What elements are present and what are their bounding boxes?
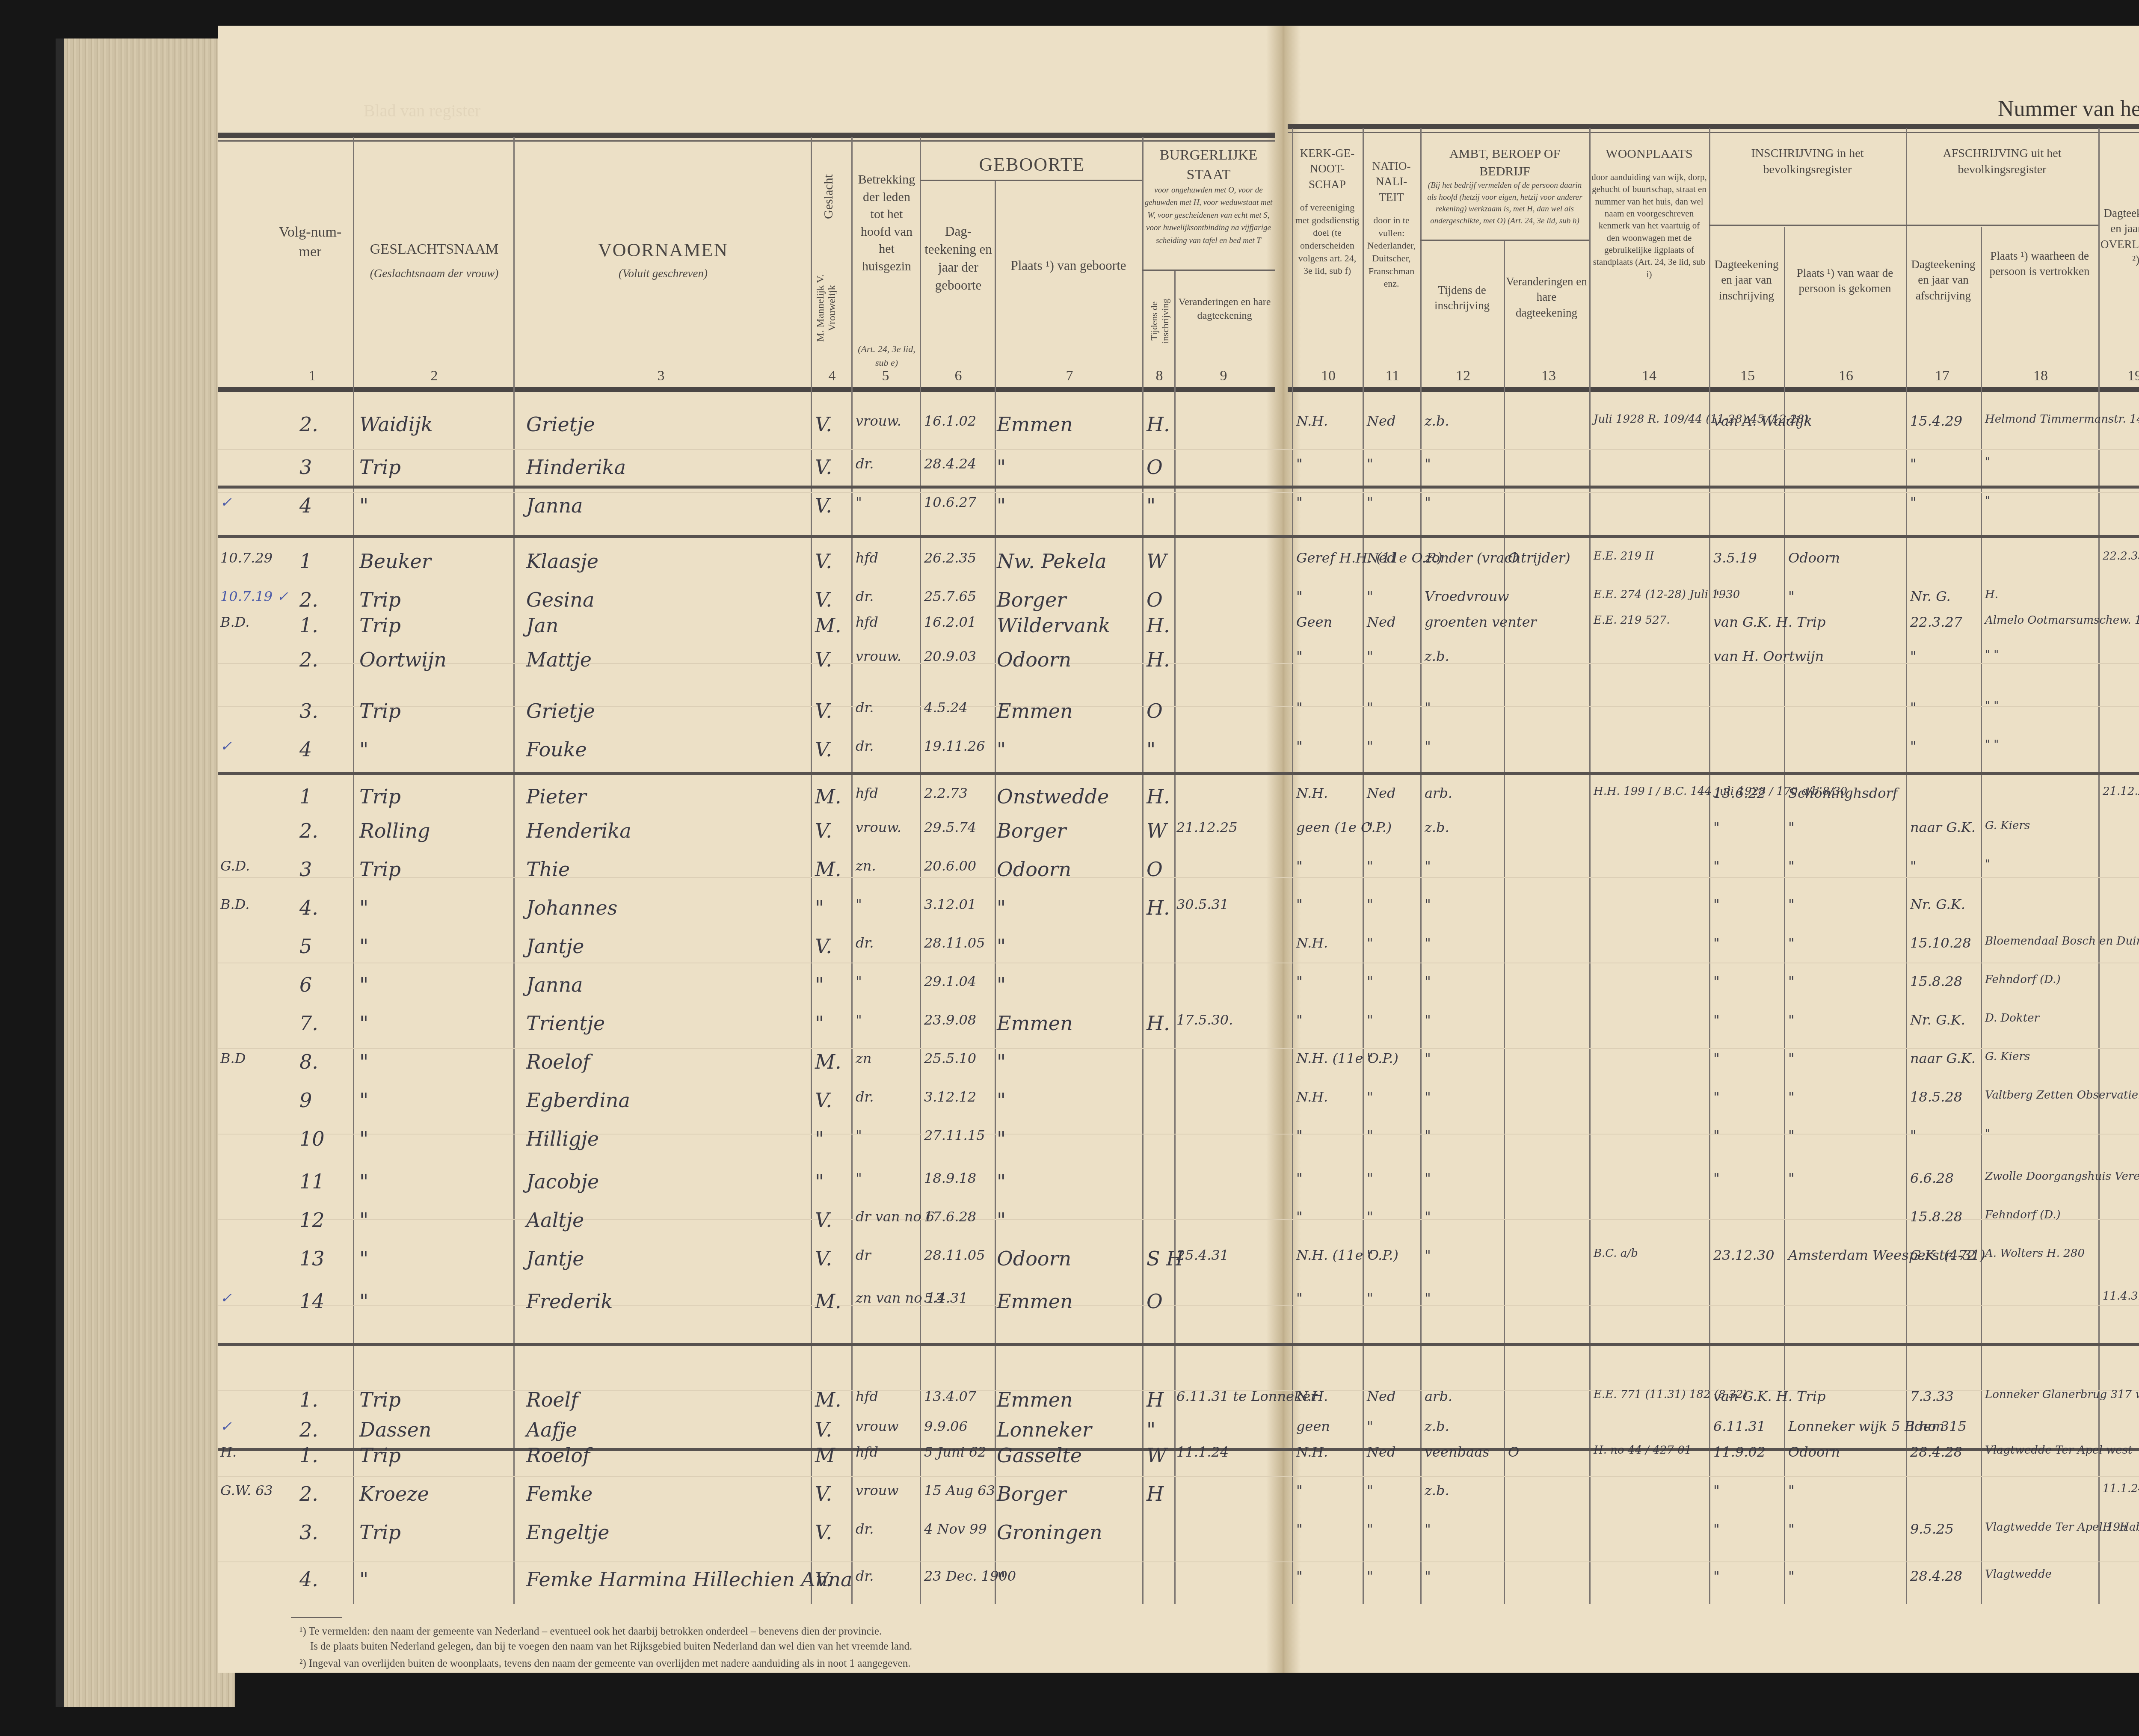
cell-staat: H. — [1147, 413, 1170, 436]
header-bottom-rule-right — [1288, 387, 2139, 392]
cell-sex: V. — [815, 738, 832, 761]
cell-beroep: " — [1425, 1170, 1431, 1186]
cell-staat-change: 21.12.25 — [1176, 819, 1238, 835]
cell-place: " — [997, 1127, 1006, 1150]
ruling — [218, 963, 2139, 963]
cell-kerk: " — [1296, 1127, 1303, 1144]
col-divider — [1589, 128, 1591, 1604]
cell-in-from: " — [1788, 819, 1795, 835]
cell-place: Borger — [997, 1482, 1066, 1505]
cell-sex: V. — [815, 648, 832, 671]
cell-kerk: " — [1296, 858, 1303, 874]
cell-margin: B.D. — [220, 614, 249, 630]
cell-nat: " — [1367, 858, 1373, 874]
cell-af-date: " — [1910, 699, 1917, 716]
cell-af-date: 28.4.28 — [1910, 1444, 1962, 1460]
cell-surname: " — [359, 1050, 368, 1073]
cell-born: 28.11.05 — [924, 935, 985, 951]
header-inschrijving-plaats: Plaats ¹) van waar de persoon is gekomen — [1786, 265, 1904, 296]
cell-given: Roelf — [526, 1388, 578, 1411]
cell-rel: zn — [856, 1050, 871, 1066]
cell-beroep: veenbaas — [1425, 1444, 1490, 1460]
top-rule-right — [1288, 124, 2139, 129]
cell-rel: dr. — [856, 456, 874, 472]
cell-place: " — [997, 896, 1006, 919]
cell-in-from: " — [1788, 1050, 1795, 1066]
header-woonplaats-sub: door aanduiding van wijk, dorp, gehucht … — [1591, 171, 1707, 280]
cell-surname: Trip — [359, 588, 401, 611]
cell-place: " — [997, 973, 1006, 996]
cell-af-date: " — [1910, 494, 1917, 510]
cell-af-to: Helmond Timmermanstr. 14 — [1985, 413, 2139, 426]
cell-nat: " — [1367, 1050, 1373, 1066]
cell-kerk: " — [1296, 1521, 1303, 1537]
cell-staat: " — [1147, 1418, 1155, 1441]
cell-in-from: " — [1788, 1568, 1795, 1584]
cell-staat: O — [1147, 588, 1163, 611]
header-volgnummer: Volg-num-mer — [274, 222, 347, 262]
cell-af-date: " — [1910, 738, 1917, 754]
cell-place: Odoorn — [997, 858, 1071, 881]
cell-kerk: N.H. — [1296, 1388, 1328, 1404]
header-geslachtsnaam: GESLACHTSNAAM — [357, 240, 511, 259]
col-divider — [353, 137, 354, 1604]
cell-kerk: " — [1296, 1209, 1303, 1225]
cell-staat-change: 30.5.31 — [1176, 896, 1229, 912]
cell-af-to: G. Kiers — [1985, 1050, 2030, 1063]
cell-given: Hinderika — [526, 456, 626, 479]
cell-af-date: 15.8.28 — [1910, 1209, 1962, 1225]
cell-nr: 2. — [299, 819, 318, 842]
header-staat-veranderingen: Veranderingen en hare dagteekening — [1176, 295, 1273, 323]
cell-staat: W — [1147, 1444, 1167, 1467]
cell-nat: Ned — [1367, 614, 1395, 630]
cell-af-to: Fehndorf (D.) — [1985, 1209, 2061, 1221]
header-betrekking: Betrekking der leden tot het hoofd van h… — [856, 171, 918, 275]
cell-af-to: Bloemendaal Bosch en Duinlaan 19 — [1985, 935, 2139, 948]
cell-given: Hilligje — [526, 1127, 599, 1150]
cell-beroep: z.b. — [1425, 413, 1449, 429]
cell-nr: 9 — [299, 1089, 312, 1112]
cell-sex: V. — [815, 1247, 832, 1270]
cell-margin: B.D. — [220, 896, 249, 912]
cell-staat: W — [1147, 819, 1167, 842]
cell-born: 19.11.26 — [924, 738, 985, 754]
ruling — [218, 877, 2139, 878]
cell-given: Jantje — [526, 1247, 584, 1270]
cell-given: Mattje — [526, 648, 592, 671]
geboorte-subrule — [920, 180, 1142, 181]
cell-staat: O — [1147, 456, 1163, 479]
cell-staat: O — [1147, 1290, 1163, 1313]
cell-rel: hfd — [856, 1444, 878, 1460]
cell-nr: 2. — [299, 588, 318, 611]
cell-kerk: " — [1296, 648, 1303, 664]
cell-rel: zn. — [856, 858, 876, 874]
cell-surname: Trip — [359, 785, 401, 808]
column-number: 3 — [648, 368, 674, 384]
cell-born: 4 Nov 99 — [924, 1521, 987, 1537]
cell-sex: M. — [815, 1050, 841, 1073]
column-number: 15 — [1735, 368, 1760, 384]
cell-rel: hfd — [856, 614, 878, 630]
cell-place: " — [997, 1050, 1006, 1073]
cell-nat: " — [1367, 1521, 1373, 1537]
cell-margin: G.W. 63 — [220, 1482, 273, 1499]
cell-nr: 3. — [299, 699, 318, 723]
cell-rel: dr. — [856, 1089, 874, 1105]
ruling — [218, 1048, 2139, 1049]
cell-sex: V. — [815, 1089, 832, 1112]
cell-margin: ✓ — [220, 1290, 232, 1306]
col-divider — [1709, 128, 1710, 1604]
cell-af-date: 15.10.28 — [1910, 935, 1971, 951]
cell-place: Nw. Pekela — [997, 550, 1107, 573]
cell-kerk: N.H. — [1296, 1089, 1328, 1105]
cell-beroep: " — [1425, 973, 1431, 989]
cell-sex: V. — [815, 699, 832, 723]
cell-rel: hfd — [856, 550, 878, 566]
cell-nat: " — [1367, 1568, 1373, 1584]
cell-sex: " — [815, 896, 824, 919]
cell-nr: 2. — [299, 648, 318, 671]
cell-place: " — [997, 456, 1006, 479]
cell-in-date: " — [1713, 935, 1720, 951]
cell-in-date: van H. Oortwijn — [1713, 648, 1824, 664]
cell-af-date: naar G.K. — [1910, 1050, 1976, 1066]
cell-staat: " — [1147, 494, 1155, 517]
household-separator — [218, 1343, 2139, 1346]
cell-af-date: " — [1910, 456, 1917, 472]
cell-in-date: " — [1713, 588, 1720, 604]
cell-margin: 10.7.19 ✓ — [220, 588, 288, 604]
cell-af-to: D. Dokter — [1985, 1012, 2039, 1025]
column-number: 10 — [1315, 368, 1341, 384]
cell-given: Egberdina — [526, 1089, 630, 1112]
left-page-stack — [56, 39, 235, 1707]
cell-in-from: " — [1788, 896, 1795, 912]
cell-in-from: " — [1788, 1012, 1795, 1028]
cell-af-to: Zwolle Doorgangshuis Vereen. "Kindersorg… — [1985, 1170, 2139, 1183]
cell-staat: " — [1147, 738, 1155, 761]
cell-sex: " — [815, 973, 824, 996]
cell-sex: " — [815, 1127, 824, 1150]
cell-died: 22.2.33 — [2103, 550, 2139, 563]
cell-place: " — [997, 1568, 1006, 1591]
cell-nat: " — [1367, 1170, 1373, 1186]
cell-nr: 2. — [299, 1418, 318, 1441]
cell-nat: Ned — [1367, 550, 1395, 566]
cell-nat: Ned — [1367, 1388, 1395, 1404]
cell-nr: 2. — [299, 413, 318, 436]
footnote-1: ¹) Te vermelden: den naam der gemeente v… — [299, 1626, 882, 1638]
cell-woon: B.C. a/b — [1594, 1247, 1638, 1260]
cell-kerk: N.H. (11e O.P.) — [1296, 1247, 1398, 1263]
household-separator — [218, 486, 2139, 489]
cell-nat: " — [1367, 648, 1373, 664]
cell-sex: V. — [815, 819, 832, 842]
cell-af-to: " — [1985, 858, 1990, 871]
cell-beroep: arb. — [1425, 785, 1452, 801]
cell-staat-change: 11.1.24 — [1176, 1444, 1229, 1460]
cell-rel: vrouw. — [856, 819, 901, 835]
cell-born: 29.1.04 — [924, 973, 976, 989]
column-number: 13 — [1536, 368, 1561, 384]
ruling — [218, 1219, 2139, 1220]
cell-place: Odoorn — [997, 648, 1071, 671]
cell-in-from: " — [1788, 588, 1795, 604]
cell-rel: dr. — [856, 588, 874, 604]
cell-kerk: " — [1296, 699, 1303, 716]
header-ambt-veranderingen: Veranderingen en hare dagteekening — [1506, 274, 1587, 320]
cell-kerk: Geen — [1296, 614, 1332, 630]
cell-kerk: " — [1296, 1482, 1303, 1499]
cell-rel: hfd — [856, 1388, 878, 1404]
cell-rel: vrouw. — [856, 648, 901, 664]
cell-in-from: Odoorn — [1788, 1444, 1840, 1460]
cell-af-to: Valtberg Zetten Observatiehuis "Arendhor… — [1985, 1089, 2139, 1102]
cell-af-to: " " — [1985, 699, 1999, 712]
cell-af-date: Nr. G.K. — [1910, 1012, 1965, 1028]
cell-born: 25.5.10 — [924, 1050, 976, 1066]
cell-kerk: N.H. — [1296, 1444, 1328, 1460]
cell-surname: " — [359, 1290, 368, 1313]
cell-born: 17.6.28 — [924, 1209, 976, 1225]
cell-given: Gesina — [526, 588, 594, 611]
cell-staat: O — [1147, 699, 1163, 723]
cell-nr: 4. — [299, 896, 318, 919]
cell-surname: " — [359, 896, 368, 919]
column-number: 11 — [1380, 368, 1405, 384]
cell-nr: 3. — [299, 1521, 318, 1544]
column-number: 12 — [1450, 368, 1476, 384]
column-number: 4 — [819, 368, 845, 384]
cell-surname: " — [359, 1568, 368, 1591]
cell-born: 16.1.02 — [924, 413, 976, 429]
cell-sex: V. — [815, 456, 832, 479]
col-divider — [920, 137, 921, 1604]
cell-given: Roelof — [526, 1444, 590, 1467]
cell-staat: H. — [1147, 648, 1170, 671]
cell-nat: " — [1367, 1418, 1373, 1434]
cell-af-date: 18.5.28 — [1910, 1089, 1962, 1105]
cell-place: " — [997, 1170, 1006, 1193]
cell-rel: " — [856, 1170, 862, 1186]
cell-beroep: arb. — [1425, 1388, 1452, 1404]
cell-woon: E.E. 219 527. — [1594, 614, 1670, 627]
cell-sex: V. — [815, 494, 832, 517]
header-inschrijving-datum: Dagteekening en jaar van inschrijving — [1711, 257, 1782, 303]
cell-beroep: " — [1425, 896, 1431, 912]
header-nationaliteit-sub: door in te vullen: Nederlander, Duitsche… — [1365, 214, 1418, 290]
cell-sex: M — [815, 1444, 835, 1467]
cell-surname: Dassen — [359, 1418, 431, 1441]
cell-beroep: " — [1425, 1012, 1431, 1028]
cell-af-to: G. Kiers — [1985, 819, 2030, 832]
cell-woon: E.E. 219 II — [1594, 550, 1654, 563]
cell-surname: " — [359, 1012, 368, 1035]
cell-died: 11.1.24 — [2103, 1482, 2139, 1495]
cell-af-to: A. Wolters H. 280 — [1985, 1247, 2085, 1260]
cell-surname: " — [359, 1089, 368, 1112]
cell-surname: Kroeze — [359, 1482, 429, 1505]
cell-given: Janna — [526, 494, 583, 517]
cell-kerk: N.H. — [1296, 785, 1328, 801]
cell-staat: H — [1147, 1388, 1164, 1411]
cell-kerk: " — [1296, 738, 1303, 754]
cell-kerk: N.H. — [1296, 935, 1328, 951]
cell-given: Grietje — [526, 699, 595, 723]
cell-surname: Trip — [359, 1521, 401, 1544]
cell-given: Thie — [526, 858, 570, 881]
ruling — [218, 492, 2139, 493]
cell-rel: dr. — [856, 699, 874, 716]
header-kerkgenootschap-sub: of vereeniging met godsdienstig doel (te… — [1294, 201, 1360, 277]
cell-place: Wildervank — [997, 614, 1110, 637]
cell-kerk: " — [1296, 494, 1303, 510]
cell-beroep: " — [1425, 1127, 1431, 1144]
ruling — [218, 663, 2139, 664]
cell-nr: 5 — [299, 935, 312, 958]
cell-born: 2.2.73 — [924, 785, 968, 801]
top-rule-left-thin — [218, 140, 1275, 142]
cell-margin: ✓ — [220, 1418, 232, 1434]
cell-rel: dr. — [856, 1568, 874, 1584]
cell-surname: " — [359, 738, 368, 761]
cell-sex: M. — [815, 785, 841, 808]
header-betrekking-sub: (Art. 24, 3e lid, sub e) — [856, 342, 918, 370]
cell-margin: G.D. — [220, 858, 250, 874]
column-number: 14 — [1636, 368, 1662, 384]
staat-subrule — [1142, 270, 1275, 271]
cell-rel: " — [856, 1012, 862, 1028]
cell-kerk: " — [1296, 1290, 1303, 1306]
cell-beroep: " — [1425, 1050, 1431, 1066]
cell-sex: V. — [815, 935, 832, 958]
cell-born: 5 Juni 62 — [924, 1444, 987, 1460]
cell-af-to: Lonneker Glanerbrug 317 wijk 5 B. — [1985, 1388, 2139, 1401]
cell-born: 9.9.06 — [924, 1418, 968, 1434]
cell-in-date: 11.9.02 — [1713, 1444, 1766, 1460]
cell-died: 11.4.31 — [2103, 1290, 2139, 1303]
column-number: 7 — [1057, 368, 1082, 384]
ruling — [218, 1134, 2139, 1135]
cell-born: 3.12.12 — [924, 1089, 976, 1105]
cell-sex: V. — [815, 1521, 832, 1544]
cell-sex: M. — [815, 614, 841, 637]
cell-rel: hfd — [856, 785, 878, 801]
cell-kerk: " — [1296, 1012, 1303, 1028]
column-number: 9 — [1211, 368, 1236, 384]
cell-place: " — [997, 1089, 1006, 1112]
cell-sex: V. — [815, 588, 832, 611]
ruling — [218, 1561, 2139, 1562]
cell-beroep-change: O — [1508, 550, 1519, 566]
cell-af-to: " — [1985, 456, 1990, 468]
ambt-subrule — [1420, 240, 1589, 241]
cell-af-date: 28.4.28 — [1910, 1568, 1962, 1584]
cell-beroep: " — [1425, 1568, 1431, 1584]
header-geboorteplaats: Plaats ¹) van geboorte — [997, 257, 1140, 275]
cell-surname: Trip — [359, 614, 401, 637]
header-nationaliteit: NATIO-NALI-TEIT — [1365, 158, 1418, 205]
cell-beroep: " — [1425, 1521, 1431, 1537]
cell-af-date: " — [1910, 648, 1917, 664]
cell-surname: Trip — [359, 858, 401, 881]
cell-staat: H. — [1147, 614, 1170, 637]
header-ambt-note: (Bij het bedrijf vermelden of de persoon… — [1422, 180, 1587, 227]
cell-born: 29.5.74 — [924, 819, 976, 835]
cell-beroep: " — [1425, 935, 1431, 951]
column-number: 18 — [2028, 368, 2053, 384]
cell-place: " — [997, 1209, 1006, 1232]
cell-in-date: " — [1713, 858, 1720, 874]
cell-surname: " — [359, 973, 368, 996]
top-rule-right-thin — [1288, 132, 2139, 133]
column-number: 2 — [421, 368, 447, 384]
header-geboorte-group: GEBOORTE — [924, 152, 1140, 177]
header-voornamen: VOORNAMEN — [518, 237, 809, 263]
cell-sex: M. — [815, 858, 841, 881]
cell-in-date: 13.6.22 — [1713, 785, 1766, 801]
cell-nat: Ned — [1367, 1444, 1395, 1460]
registratie-subrule — [1709, 225, 2098, 226]
cell-nat: " — [1367, 1127, 1373, 1144]
cell-given: Roelof — [526, 1050, 590, 1073]
ruling — [218, 706, 2139, 707]
cell-rel: dr — [856, 1247, 871, 1263]
cell-nat: " — [1367, 1482, 1373, 1499]
household-separator — [218, 535, 2139, 538]
column-number: 17 — [1929, 368, 1955, 384]
cell-beroep: " — [1425, 699, 1431, 716]
cell-nat: " — [1367, 738, 1373, 754]
col-divider — [851, 137, 853, 1604]
cell-af-date: 15.8.28 — [1910, 973, 1962, 989]
cell-rel: dr van no 6 — [856, 1209, 934, 1225]
cell-surname: Oortwijn — [359, 648, 447, 671]
cell-kerk: " — [1296, 1170, 1303, 1186]
cell-kerk: geen (1e O.P.) — [1296, 819, 1392, 835]
cell-place: Emmen — [997, 1012, 1073, 1035]
cell-nat: " — [1367, 1290, 1373, 1306]
cell-beroep: " — [1425, 858, 1431, 874]
cell-woon: H. no 44 / 427 01 — [1594, 1444, 1692, 1457]
cell-in-date: " — [1713, 1170, 1720, 1186]
cell-in-date: " — [1713, 1521, 1720, 1537]
cell-staat: H. — [1147, 1012, 1170, 1035]
cell-in-from: " — [1788, 935, 1795, 951]
cell-nat: " — [1367, 935, 1373, 951]
col-divider — [513, 137, 515, 1604]
cell-born: 23.9.08 — [924, 1012, 976, 1028]
cell-born: 28.4.24 — [924, 456, 976, 472]
cell-af-to: " " — [1985, 738, 1999, 751]
cell-born: 3.12.01 — [924, 896, 976, 912]
cell-staat: H — [1147, 1482, 1164, 1505]
cell-given: Janna — [526, 973, 583, 996]
cell-in-date: van A. Waidijk — [1713, 413, 1812, 429]
cell-nat: " — [1367, 1209, 1373, 1225]
cell-place: Emmen — [997, 699, 1073, 723]
cell-sex: M. — [815, 1388, 841, 1411]
cell-sex: V. — [815, 1482, 832, 1505]
cell-beroep: zonder (vrachtrijder) — [1425, 550, 1570, 566]
cell-kerk: geen — [1296, 1418, 1330, 1434]
cell-in-date: " — [1713, 1012, 1720, 1028]
header-voornamen-sub: (Voluit geschreven) — [518, 265, 809, 282]
footnote-2: ²) Ingeval van overlijden buiten de woon… — [299, 1658, 911, 1670]
